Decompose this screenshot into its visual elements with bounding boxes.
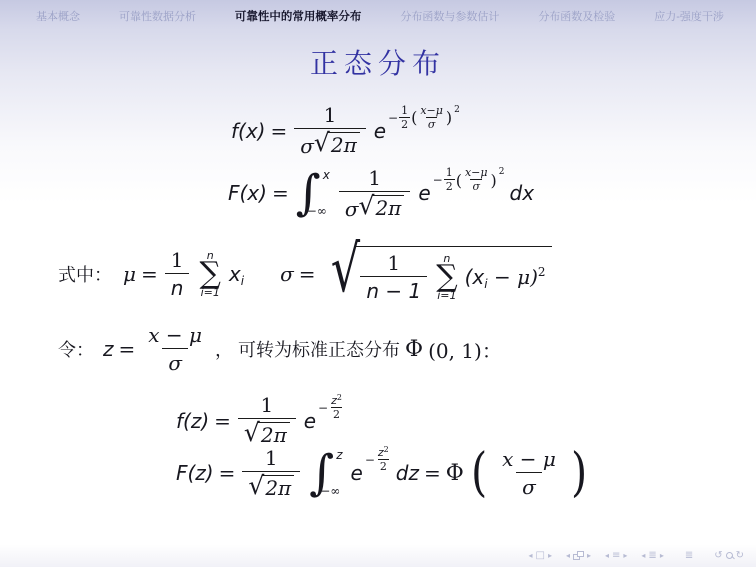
fz-exponential: e − z2 2 [304, 408, 344, 433]
x-sub-i: xi [229, 262, 244, 286]
next-subsection-icon[interactable]: ▸ [623, 551, 627, 560]
radical-symbol: √ [359, 193, 375, 218]
equals: = [299, 262, 316, 286]
let-label: 令： [58, 336, 94, 362]
nav-item-common-probability-distributions[interactable]: 可靠性中的常用概率分布 [235, 8, 362, 24]
radicand-2pi: 2π [328, 132, 360, 156]
standardized-fraction: x−μ σ [418, 105, 445, 130]
next-section-icon[interactable]: ▸ [660, 551, 664, 560]
den-n: n [165, 273, 190, 299]
prev-slide-icon[interactable]: ◂ [528, 551, 532, 560]
open-paren-x: (x [465, 265, 485, 289]
minus-sign: − [365, 453, 375, 467]
end-presentation-icon[interactable]: ≣ [685, 550, 693, 561]
left-paren: ( [411, 108, 417, 127]
section-navigation: 基本概念 可靠性数据分析 可靠性中的常用概率分布 分布函数与参数估计 分布函数及… [0, 0, 756, 26]
right-paren: ) [446, 108, 452, 127]
fz-fraction: 1 √ 2π [238, 394, 296, 447]
num-1: 1 [259, 447, 284, 471]
Fx-exponent: − 1 2 ( x−μ σ ) 2 [433, 167, 505, 192]
sigma-symbol: σ [426, 117, 438, 131]
Fz-exponential: e − z2 2 [351, 460, 391, 485]
go-back-icon[interactable]: ↺ [714, 550, 722, 561]
integral-limits: x −∞ [317, 166, 330, 220]
sigma-symbol: σ [516, 472, 542, 498]
euler-e: e [418, 181, 430, 205]
sigma-sum-symbol: ∑ [200, 261, 221, 287]
sigma-symbol: σ [470, 179, 482, 193]
right-paren: ) [491, 171, 497, 190]
sum-lower: i=1 [437, 290, 456, 301]
sigma-sum-symbol: ∑ [436, 264, 457, 290]
den-2: 2 [331, 407, 342, 421]
x-minus-mu: x − μ [496, 448, 562, 472]
big-square-root: √ 1 n − 1 n ∑ i=1 (xi − μ)2 [325, 246, 552, 302]
beamer-slide: 基本概念 可靠性数据分析 可靠性中的常用概率分布 分布函数与参数估计 分布函数及… [0, 0, 756, 567]
formula-Fz-standard-cdf: F(z) = 1 √ 2π ∫ z −∞ e − z2 [176, 446, 589, 500]
next-frame-icon[interactable]: ▸ [587, 551, 591, 560]
slide-nav-group: ◂ □ ▸ [528, 550, 551, 561]
euler-e: e [304, 409, 316, 433]
subsection-nav-group: ◂ ≡ ▸ [605, 550, 627, 561]
dz-differential: dz [396, 461, 419, 485]
prev-subsection-icon[interactable]: ◂ [605, 551, 609, 560]
nav-item-reliability-data-analysis[interactable]: 可靠性数据分析 [119, 8, 196, 24]
Fz-lhs: F(z) [176, 461, 214, 485]
nav-item-stress-strength-interference[interactable]: 应力-强度干涉 [654, 8, 724, 24]
half-den: 2 [444, 179, 455, 193]
one-half-fraction: 1 2 [399, 105, 410, 130]
radicand-body: 1 n − 1 n ∑ i=1 (xi − μ)2 [356, 246, 551, 302]
sqrt-2pi: √ 2π [244, 422, 290, 447]
one-over-n-minus-1: 1 n − 1 [360, 252, 427, 302]
fx-denominator: σ √ 2π [294, 128, 365, 157]
radical-symbol: √ [314, 130, 330, 155]
integral-group: ∫ x −∞ [296, 166, 330, 220]
minus-sign: − [318, 401, 328, 415]
den-n-minus-1: n − 1 [360, 276, 427, 302]
beamer-navigation-bar: ◂ □ ▸ ◂ ▸ ◂ ≡ ▸ ◂ ≣ ▸ ≣ ↺ ↻ [517, 550, 744, 561]
fx-exponential: e − 1 2 ( x−μ σ ) 2 [374, 118, 460, 143]
radicand-2pi: 2π [258, 422, 290, 446]
sqrt-2pi: √ 2π [248, 475, 294, 500]
mu-symbol: μ [123, 262, 136, 286]
fz-denominator: √ 2π [238, 418, 296, 447]
prev-frame-icon[interactable]: ◂ [566, 551, 570, 560]
left-paren: ( [456, 171, 462, 190]
half-num: 1 [444, 167, 455, 179]
squared-power: 2 [384, 446, 389, 454]
sigma-symbol: σ [280, 262, 294, 286]
sigma-symbol: σ [162, 348, 188, 374]
Fx-numerator: 1 [362, 167, 387, 191]
equals: = [424, 461, 441, 485]
equals: = [119, 337, 136, 361]
sigma-symbol: σ [300, 135, 314, 157]
Fx-exponential: e − 1 2 ( x−μ σ ) 2 [418, 180, 504, 205]
integral-lower-limit: −∞ [320, 484, 340, 498]
sqrt-2pi: √ 2π [359, 195, 405, 220]
formula-fx-pdf: f(x) = 1 σ √ 2π e − 1 2 ( x−μ [231, 104, 460, 157]
go-forward-icon[interactable]: ↻ [736, 550, 744, 561]
formula-fz-standard-pdf: f(z) = 1 √ 2π e − z2 2 [176, 394, 344, 447]
slide-icon[interactable]: □ [535, 550, 544, 561]
phi-symbol: Φ [446, 461, 464, 486]
radicand-2pi: 2π [372, 195, 404, 219]
formula-Fx-cdf: F(x) = ∫ x −∞ 1 σ √ 2π e − 1 [228, 166, 534, 220]
x-minus-mu: x−μ [418, 105, 445, 117]
half-num: 1 [399, 105, 410, 117]
equals: = [214, 409, 231, 433]
Fz-denominator: √ 2π [242, 471, 300, 500]
squared-power: 2 [337, 394, 342, 402]
next-slide-icon[interactable]: ▸ [548, 551, 552, 560]
one-half-fraction: 1 2 [444, 167, 455, 192]
den-2: 2 [378, 459, 389, 473]
Fz-fraction: 1 √ 2π [242, 447, 300, 500]
standardized-fraction: x−μ σ [463, 167, 490, 192]
section-icon[interactable]: ≣ [648, 550, 656, 561]
z-fraction: x − μ σ [142, 324, 208, 374]
x-minus-mu: x−μ [463, 167, 490, 179]
frame-icon[interactable] [573, 551, 584, 560]
z-var: z [103, 337, 114, 361]
nav-item-basic-concepts[interactable]: 基本概念 [36, 8, 80, 24]
radical-symbol: √ [244, 420, 260, 445]
prev-section-icon[interactable]: ◂ [641, 551, 645, 560]
fx-fraction: 1 σ √ 2π [294, 104, 365, 157]
sum-lower: i=1 [201, 287, 220, 298]
minus-sign: − [388, 111, 398, 125]
formula-mu-sigma-definitions: 式中： μ = 1 n n ∑ i=1 xi σ = √ 1 n − 1 n ∑ [58, 246, 552, 302]
integral-lower-limit: −∞ [307, 204, 327, 218]
phi-symbol: Φ [405, 337, 423, 362]
converts-to-standard-normal-text: 可转为标准正态分布 [238, 336, 400, 362]
fz-lhs: f(z) [176, 409, 209, 433]
radicand-2pi: 2π [262, 475, 294, 499]
integral-upper-limit: z [336, 448, 342, 462]
i-subscript: i [241, 274, 244, 288]
summation: n ∑ i=1 [200, 250, 221, 298]
summation: n ∑ i=1 [436, 253, 457, 301]
history-search-group: ↺ ↻ [714, 550, 744, 561]
z-squared: z2 [376, 447, 391, 459]
search-icon-handle [731, 556, 735, 560]
sqrt-2pi: √ 2π [314, 132, 360, 157]
Fz-exponent: − z2 2 [365, 447, 391, 472]
fx-exponent: − 1 2 ( x−μ σ ) 2 [388, 105, 460, 130]
where-label: 式中： [58, 261, 112, 287]
fx-lhs: f(x) [231, 119, 265, 143]
num-1: 1 [254, 394, 279, 418]
phi-arguments: (0, 1)： [428, 335, 502, 364]
squared-deviation-term: (xi − μ)2 [465, 265, 546, 289]
nav-item-distribution-parameter-estimation[interactable]: 分布函数与参数估计 [400, 8, 499, 24]
fx-numerator: 1 [318, 104, 343, 128]
radical-symbol: √ [248, 473, 264, 498]
squared-power: 2 [499, 167, 505, 177]
phi-argument-fraction: x − μ σ [496, 448, 562, 498]
z-squared-over-2: z2 2 [376, 447, 391, 472]
x-var: x [229, 262, 241, 286]
end-presentation-group: ≣ [685, 550, 693, 561]
euler-e: e [351, 461, 363, 485]
search-icon[interactable] [726, 552, 733, 559]
equals: = [141, 262, 158, 286]
squared-power: 2 [454, 105, 460, 115]
slide-title: 正态分布 [310, 47, 446, 80]
integral-limits: z −∞ [330, 446, 342, 500]
radical-symbol: √ [330, 244, 359, 296]
Fx-denominator: σ √ 2π [339, 191, 410, 220]
z-squared: z2 [329, 395, 344, 407]
frame-nav-group: ◂ ▸ [566, 551, 591, 560]
num-1: 1 [381, 252, 406, 276]
title-row: 正态分布 [0, 42, 756, 82]
comma: ， [215, 336, 233, 362]
subsection-icon[interactable]: ≡ [612, 550, 620, 561]
nav-item-distribution-testing[interactable]: 分布函数及检验 [538, 8, 615, 24]
squared-power: 2 [538, 265, 546, 279]
x-minus-mu: x − μ [142, 324, 208, 348]
sigma-symbol: σ [345, 198, 359, 220]
Fx-lhs: F(x) [228, 181, 267, 205]
equals: = [219, 461, 236, 485]
dx-differential: dx [510, 181, 535, 205]
minus-mu-close: − μ) [488, 265, 538, 289]
Fx-equals: = [272, 181, 289, 205]
integral-upper-limit: x [323, 168, 330, 182]
Fx-fraction: 1 σ √ 2π [339, 167, 410, 220]
half-den: 2 [399, 117, 410, 131]
integral-group: ∫ z −∞ [309, 446, 342, 500]
fz-exponent: − z2 2 [318, 395, 344, 420]
formula-z-standardization: 令： z = x − μ σ ， 可转为标准正态分布 Φ (0, 1)： [58, 324, 502, 374]
minus-sign: − [433, 173, 443, 187]
num-1: 1 [165, 249, 190, 273]
section-nav-group: ◂ ≣ ▸ [641, 550, 663, 561]
frame-icon-front-square [577, 551, 584, 557]
fx-equals: = [270, 119, 287, 143]
z-squared-over-2: z2 2 [329, 395, 344, 420]
euler-e: e [374, 119, 386, 143]
one-over-n: 1 n [165, 249, 190, 299]
